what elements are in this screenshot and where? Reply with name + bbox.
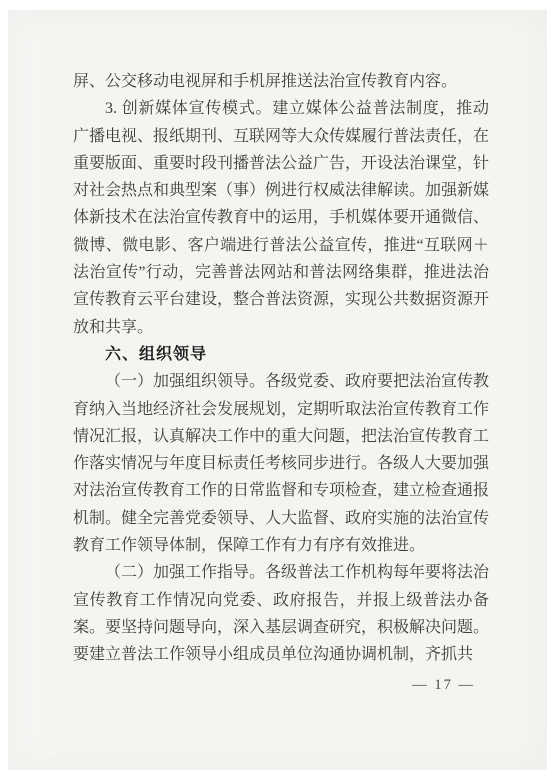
section-heading: 六、组织领导 [73,341,489,368]
text-line: 教育工作领导体制，保障工作有力有序有效推进。 [73,532,489,559]
text-line: 作落实情况与年度目标责任考核同步进行。各级人大要加强 [73,450,489,477]
text-line: （一）加强组织领导。各级党委、政府要把法治宣传教 [73,368,489,395]
text-line: 重要版面、重要时段刊播普法公益广告，开设法治课堂，针 [73,150,489,177]
text-line: 对法治宣传教育工作的日常监督和专项检查，建立检查通报 [73,477,489,504]
paragraph: （二）加强工作指导。各级普法工作机构每年要将法治宣传教育工作情况向党委、政府报告… [73,559,489,668]
scanned-page: 屏、公交移动电视屏和手机屏推送法治宣传教育内容。3. 创新媒体宣传模式。建立媒体… [8,10,547,770]
text-line: 屏、公交移动电视屏和手机屏推送法治宣传教育内容。 [73,68,489,95]
text-line: 体新技术在法治宣传教育中的运用，手机媒体要开通微信、 [73,204,489,231]
page-number: — 17 — [412,675,475,695]
text-line: 法治宣传”行动，完善普法网站和普法网络集群，推进法治 [73,259,489,286]
text-line: 要建立普法工作领导小组成员单位沟通协调机制，齐抓共 [73,641,489,668]
text-line: （二）加强工作指导。各级普法工作机构每年要将法治 [73,559,489,586]
document-body: 屏、公交移动电视屏和手机屏推送法治宣传教育内容。3. 创新媒体宣传模式。建立媒体… [73,68,489,669]
text-line: 育纳入当地经济社会发展规划，定期听取法治宣传教育工作 [73,396,489,423]
text-line: 案。要坚持问题导向，深入基层调查研究，积极解决问题。 [73,614,489,641]
text-line: 宣传教育云平台建设，整合普法资源，实现公共数据资源开 [73,286,489,313]
text-line: 放和共享。 [73,314,489,341]
text-line: 六、组织领导 [73,341,489,368]
text-line: 机制。健全完善党委领导、人大监督、政府实施的法治宣传 [73,505,489,532]
text-line: 微博、微电影、客户端进行普法公益宣传，推进“互联网＋ [73,232,489,259]
text-line: 广播电视、报纸期刊、互联网等大众传媒履行普法责任，在 [73,123,489,150]
paragraph: 屏、公交移动电视屏和手机屏推送法治宣传教育内容。 [73,68,489,95]
paragraph: （一）加强组织领导。各级党委、政府要把法治宣传教育纳入当地经济社会发展规划，定期… [73,368,489,559]
text-line: 对社会热点和典型案（事）例进行权威法律解读。加强新媒 [73,177,489,204]
text-line: 3. 创新媒体宣传模式。建立媒体公益普法制度，推动 [73,95,489,122]
screenshot-canvas: 屏、公交移动电视屏和手机屏推送法治宣传教育内容。3. 创新媒体宣传模式。建立媒体… [0,0,555,780]
text-line: 宣传教育工作情况向党委、政府报告，并报上级普法办备 [73,587,489,614]
paragraph: 3. 创新媒体宣传模式。建立媒体公益普法制度，推动广播电视、报纸期刊、互联网等大… [73,95,489,341]
text-line: 情况汇报，认真解决工作中的重大问题，把法治宣传教育工 [73,423,489,450]
